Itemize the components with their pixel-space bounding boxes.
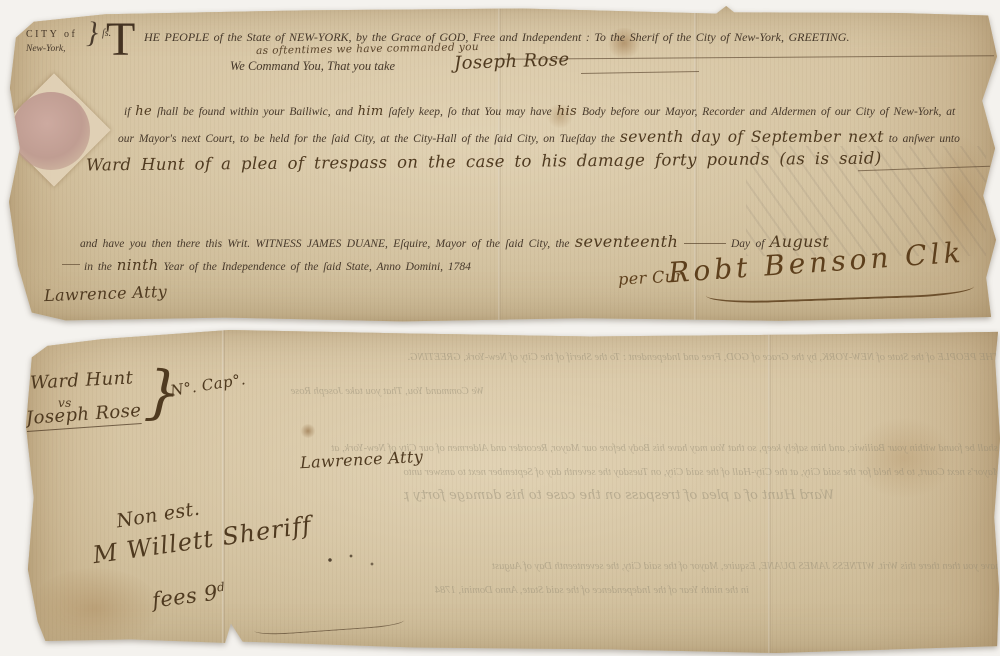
body-line-2: our Mayor's next Court, to be held for t… xyxy=(118,128,960,146)
stain xyxy=(854,418,954,498)
bleedthrough-command: We Command You, That you take Joseph Ros… xyxy=(234,386,484,397)
bleedthrough-plea: Ward Hunt of a plea of trespass on the c… xyxy=(404,488,834,503)
print-segment: Day of xyxy=(731,238,764,250)
stain xyxy=(30,568,160,648)
ms-return-day: seventh day of September next xyxy=(620,128,884,146)
print-segment: our Mayor's next Court, to be held for t… xyxy=(118,133,615,145)
command-clause: We Command You, That you take xyxy=(230,59,395,74)
print-segment: to anſwer unto xyxy=(889,133,960,145)
ms-day: seventeenth xyxy=(575,232,678,251)
drop-cap-T: T xyxy=(106,16,135,64)
ms-segment: him xyxy=(358,104,384,119)
document-front-wrap: CITY of New-York, } ſs. T HE PEOPLE of t… xyxy=(6,6,998,322)
interlined-manuscript: as oftentimes we have commanded you xyxy=(256,41,479,57)
bleedthrough-year: in the ninth Year of the Independence of… xyxy=(279,585,749,596)
docket-defendant: Joseph Rose xyxy=(25,400,142,432)
docket-plaintiff: Ward Hunt xyxy=(30,367,134,393)
print-segment: Year of the Independence of the ſaid Sta… xyxy=(163,261,470,273)
print-segment: and have you then there this Writ. WITNE… xyxy=(80,238,570,250)
witness-line: and have you then there this Writ. WITNE… xyxy=(80,232,829,251)
document-front: CITY of New-York, } ſs. T HE PEOPLE of t… xyxy=(6,6,998,322)
pen-dash xyxy=(62,264,80,265)
fees-note: fees 9d xyxy=(151,580,227,613)
ms-segment: his xyxy=(557,104,577,119)
printed-headline: HE PEOPLE of the State of NEW-YORK, by t… xyxy=(144,30,996,45)
seal-wax-circle xyxy=(12,92,90,170)
defendant-name: Joseph Rose xyxy=(454,49,570,74)
regnal-year-line: in the ninth Year of the Independence of… xyxy=(84,256,471,274)
ms-segment: he xyxy=(135,104,152,119)
pen-flourish xyxy=(254,615,404,636)
fees-superscript: d xyxy=(216,580,226,595)
print-segment: ſhall be found within your Bailiwic, and xyxy=(157,106,353,118)
attorney-note: Lawrence Atty xyxy=(44,282,168,305)
bleedthrough-headline: THE PEOPLE of the State of NEW-YORK, by … xyxy=(229,352,999,363)
fees-text: fees 9 xyxy=(151,581,219,613)
blank-line xyxy=(581,71,699,74)
scan-page: { "colors": { "background": "#f4f2ee", "… xyxy=(0,0,1000,656)
ms-year: ninth xyxy=(117,256,159,274)
print-segment: ſafely keep, ſo that You may have xyxy=(389,106,552,118)
bleedthrough-witness: and have you then there this Writ. WITNE… xyxy=(279,561,1000,572)
city-brace: } xyxy=(86,16,98,50)
document-back-wrap: THE PEOPLE of the State of NEW-YORK, by … xyxy=(24,328,1000,654)
print-segment: if xyxy=(124,106,130,118)
stain xyxy=(300,424,316,438)
body-line-1: if he ſhall be found within your Bailiwi… xyxy=(124,104,955,119)
print-segment: in the xyxy=(84,261,112,273)
print-segment: Body before our Mayor, Recorder and Alde… xyxy=(582,106,955,118)
city-line2: New-York, xyxy=(26,44,77,54)
city-line1: CITY of xyxy=(26,29,77,40)
document-back: THE PEOPLE of the State of NEW-YORK, by … xyxy=(24,328,1000,654)
caption-city-of-new-york: CITY of New-York, xyxy=(26,24,77,54)
blank-line xyxy=(684,243,726,244)
